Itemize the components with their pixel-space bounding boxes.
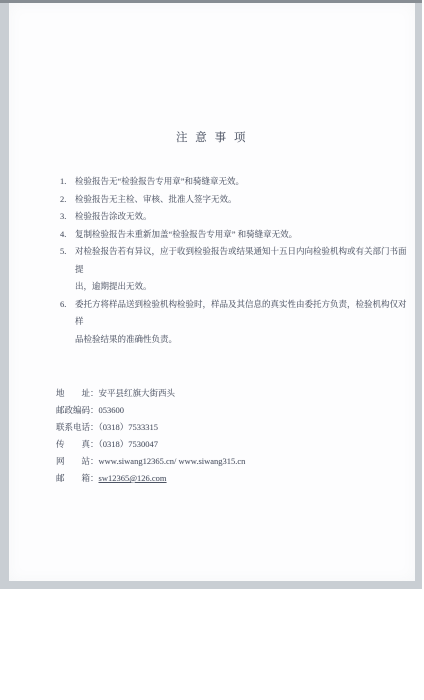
contact-label: 邮政编码：: [56, 405, 99, 415]
contact-line: 网 站：www.siwang12365.cn/ www.siwang315.cn: [56, 453, 386, 470]
contact-value: 安平县红旗大街西头: [99, 388, 176, 398]
notes-list: 1.检验报告无“检验报告专用章”和骑缝章无效。2.检验报告无主检、审核、批准人签…: [60, 173, 410, 348]
note-number: 2.: [60, 191, 75, 209]
contact-line: 传 真：（0318）7530047: [56, 436, 386, 453]
note-item: 4.复制检验报告未重新加盖“检验报告专用章” 和骑缝章无效。: [60, 226, 410, 244]
note-text: 检验报告无“检验报告专用章”和骑缝章无效。: [75, 173, 410, 191]
note-text: 检验报告涂改无效。: [75, 208, 410, 226]
note-text: 对检验报告若有异议，应于收到检验报告或结果通知十五日内向检验机构或有关部门书面提…: [75, 243, 410, 296]
contact-line: 邮政编码：053600: [56, 402, 386, 419]
note-text: 复制检验报告未重新加盖“检验报告专用章” 和骑缝章无效。: [75, 226, 410, 244]
contact-value: （0318）7530047: [99, 439, 159, 449]
note-text: 委托方将样品送到检验机构检验时，样品及其信息的真实性由委托方负责，检验机构仅对样…: [75, 296, 410, 349]
note-item: 5.对检验报告若有异议，应于收到检验报告或结果通知十五日内向检验机构或有关部门书…: [60, 243, 410, 296]
contact-value: sw12365@126.com: [99, 473, 167, 483]
contact-line: 联系电话：（0318）7533315: [56, 419, 386, 436]
contact-value: 053600: [99, 405, 125, 415]
contact-line: 地 址：安平县红旗大街西头: [56, 385, 386, 402]
note-number: 6.: [60, 296, 75, 349]
note-item: 3.检验报告涂改无效。: [60, 208, 410, 226]
page-title: 注 意 事 项: [9, 129, 415, 145]
contact-line: 邮 箱：sw12365@126.com: [56, 470, 386, 487]
note-number: 1.: [60, 173, 75, 191]
contact-label: 地 址：: [56, 388, 99, 398]
scanned-sheet-frame: 注 意 事 项 1.检验报告无“检验报告专用章”和骑缝章无效。2.检验报告无主检…: [0, 0, 422, 589]
note-number: 4.: [60, 226, 75, 244]
contact-block: 地 址：安平县红旗大街西头邮政编码：053600联系电话：（0318）75333…: [56, 385, 386, 487]
contact-value: （0318）7533315: [99, 422, 159, 432]
contact-label: 邮 箱：: [56, 473, 99, 483]
note-text: 检验报告无主检、审核、批准人签字无效。: [75, 191, 410, 209]
note-item: 2.检验报告无主检、审核、批准人签字无效。: [60, 191, 410, 209]
note-number: 5.: [60, 243, 75, 296]
note-item: 6.委托方将样品送到检验机构检验时，样品及其信息的真实性由委托方负责，检验机构仅…: [60, 296, 410, 349]
contact-label: 联系电话：: [56, 422, 99, 432]
contact-label: 传 真：: [56, 439, 99, 449]
contact-label: 网 站：: [56, 456, 99, 466]
contact-value: www.siwang12365.cn/ www.siwang315.cn: [99, 456, 246, 466]
note-number: 3.: [60, 208, 75, 226]
document-page: 注 意 事 项 1.检验报告无“检验报告专用章”和骑缝章无效。2.检验报告无主检…: [9, 3, 415, 581]
note-item: 1.检验报告无“检验报告专用章”和骑缝章无效。: [60, 173, 410, 191]
